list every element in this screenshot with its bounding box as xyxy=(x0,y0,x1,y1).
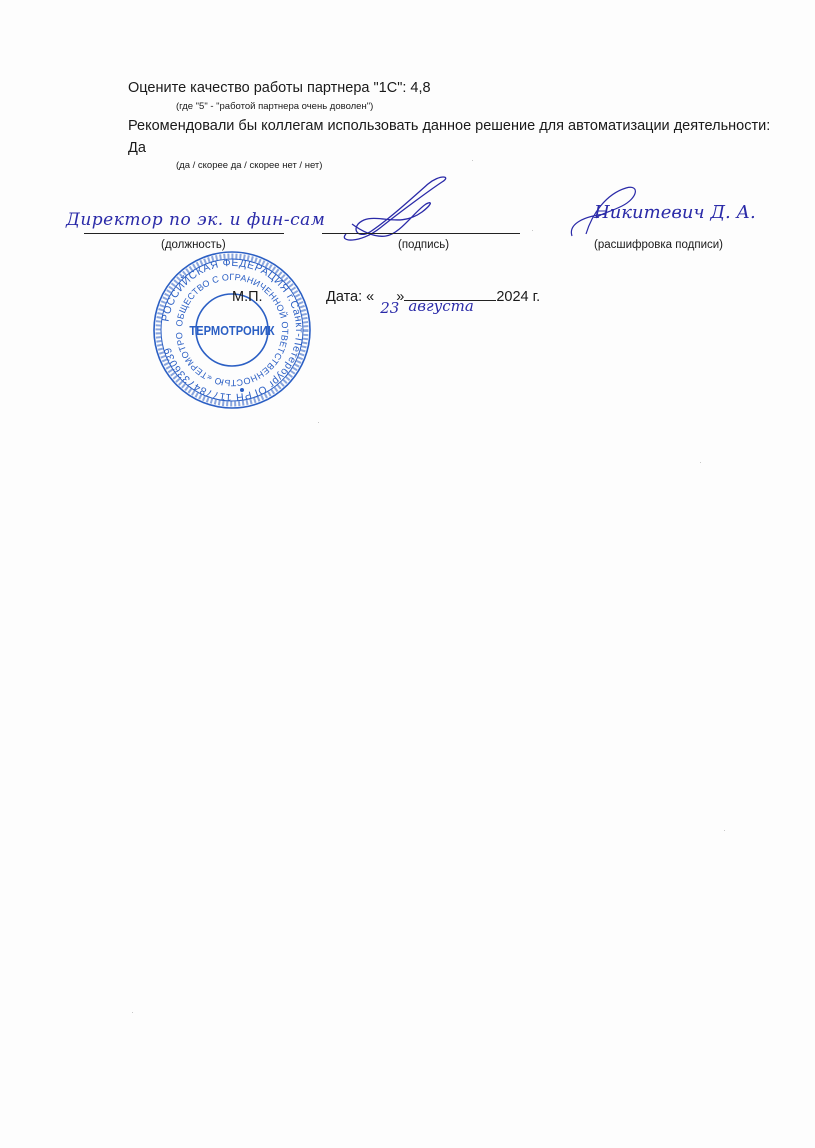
stamp-center-text: ТЕРМОТРОНИК xyxy=(189,323,275,338)
recommend-answer: Да xyxy=(128,140,146,156)
scan-speck xyxy=(532,230,533,231)
date-field: Дата: «23»августа2024 г. xyxy=(326,289,540,305)
date-day: 23 xyxy=(380,299,399,317)
scan-speck xyxy=(472,160,473,161)
scan-speck xyxy=(700,462,701,463)
date-month: августа xyxy=(408,297,474,315)
rating-question: Оцените качество работы партнера "1С": 4… xyxy=(128,80,431,96)
rating-note: (где "5" - "работой партнера очень довол… xyxy=(176,101,373,112)
name-caption: (расшифровка подписи) xyxy=(594,239,723,251)
scan-speck xyxy=(132,1012,133,1013)
company-stamp: РОССИЙСКАЯ ФЕДЕРАЦИЯ г.Санкт-Петербург О… xyxy=(152,250,312,410)
position-line xyxy=(84,233,284,234)
recommend-note: (да / скорее да / скорее нет / нет) xyxy=(176,160,322,171)
position-handwritten: Директор по эк. и фин-сам xyxy=(66,210,325,230)
name-handwritten: Никитевич Д. А. xyxy=(594,202,756,223)
scan-speck xyxy=(318,422,319,423)
date-year: 2024 г. xyxy=(496,289,540,305)
stamp-label: М.П. xyxy=(232,289,263,305)
signature-scribble xyxy=(330,176,460,246)
signature-caption: (подпись) xyxy=(398,239,449,251)
date-prefix: Дата: « xyxy=(326,289,374,305)
scan-speck xyxy=(724,830,725,831)
recommend-question: Рекомендовали бы коллегам использовать д… xyxy=(128,118,770,134)
signature-line xyxy=(322,233,520,234)
